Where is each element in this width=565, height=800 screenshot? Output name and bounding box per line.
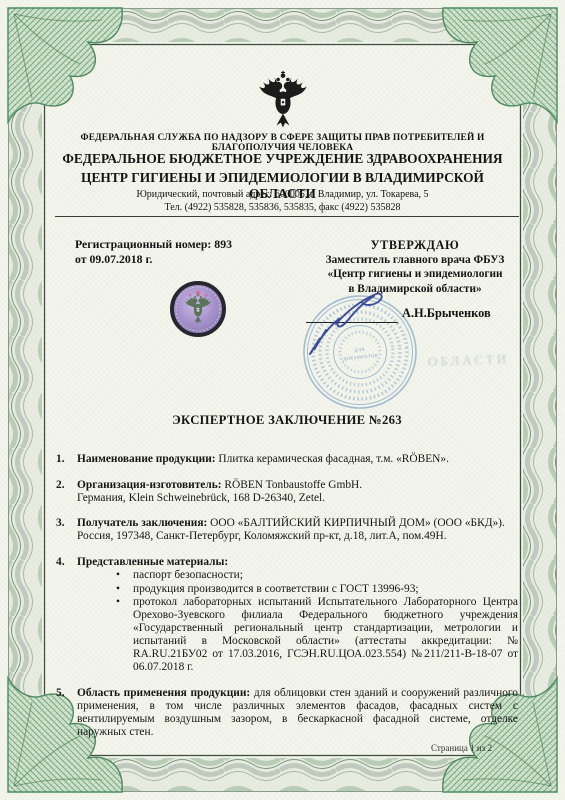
item-text: Плитка керамическая фасадная, т.м. «RÖBE…: [218, 453, 449, 465]
header-divider: [55, 216, 519, 217]
bullet-text: протокол лабораторных испытаний Испытате…: [133, 596, 518, 673]
item-number: 4.: [56, 556, 65, 569]
item-manufacturer: 2. Организация-изготовитель: RÖBEN Tonba…: [56, 479, 518, 505]
approver-title-line1: Заместитель главного врача ФБУЗ: [292, 253, 538, 268]
item-materials: 4. Представленные материалы: • паспорт б…: [56, 556, 518, 675]
item-label: Наименование продукции:: [77, 453, 216, 465]
organization-name-line1: ФЕДЕРАЛЬНОЕ БЮДЖЕТНОЕ УЧРЕЖДЕНИЕ ЗДРАВОО…: [46, 151, 519, 167]
signature-ink: [290, 272, 400, 362]
federal-service-line: ФЕДЕРАЛЬНАЯ СЛУЖБА ПО НАДЗОРУ В СФЕРЕ ЗА…: [46, 133, 519, 153]
materials-bullet-list: • паспорт безопасности; • продукция прои…: [77, 569, 518, 674]
organization-address: Юридический, почтовый адрес: 600005, г. …: [46, 189, 519, 200]
bullet-marker: •: [116, 583, 120, 596]
bullet-marker: •: [116, 596, 120, 609]
item-text: ООО «БАЛТИЙСКИЙ КИРПИЧНЫЙ ДОМ» (ООО «БКД…: [210, 517, 505, 529]
document-title: ЭКСПЕРТНОЕ ЗАКЛЮЧЕНИЕ №263: [56, 414, 518, 427]
bullet-marker: •: [116, 569, 120, 582]
item-product-name: 1. Наименование продукции: Плитка керами…: [56, 453, 518, 466]
signer-name: А.Н.Брыченков: [402, 306, 491, 321]
document-page: ФЕДЕРАЛЬНАЯ СЛУЖБА ПО НАДЗОРУ В СФЕРЕ ЗА…: [0, 0, 565, 800]
bullet-text: паспорт безопасности;: [133, 569, 243, 581]
coat-of-arms-russia-icon: [256, 70, 310, 130]
bullet-text: продукция производится в соответствии с …: [133, 583, 419, 595]
item-recipient: 3. Получатель заключения: ООО «БАЛТИЙСКИ…: [56, 517, 518, 543]
item-text-line2: Германия, Klein Schweinebrück, 168 D-263…: [77, 492, 518, 505]
document-body: ЭКСПЕРТНОЕ ЗАКЛЮЧЕНИЕ №263 1. Наименован…: [56, 414, 518, 751]
item-application-area: 5. Область применения продукции: для обл…: [56, 687, 518, 739]
item-number: 2.: [56, 479, 65, 492]
registration-number: Регистрационный номер: 893: [75, 237, 232, 252]
bullet-item: • продукция производится в соответствии …: [77, 583, 518, 596]
page-number-label: Страница 1 из 2: [431, 743, 492, 753]
item-number: 3.: [56, 517, 65, 530]
item-label: Область применения продукции:: [77, 687, 250, 699]
item-label: Организация-изготовитель:: [77, 479, 222, 491]
approve-label: УТВЕРЖДАЮ: [292, 238, 538, 253]
bullet-item: • протокол лабораторных испытаний Испыта…: [77, 596, 518, 674]
item-number: 5.: [56, 687, 65, 700]
organization-phones: Тел. (4922) 535828, 535836, 535835, факс…: [46, 202, 519, 213]
hologram-sticker: [170, 281, 226, 337]
registration-date: от 09.07.2018 г.: [75, 252, 232, 267]
item-text: RÖBEN Tonbaustoffe GmbH.: [224, 479, 362, 491]
item-label: Представленные материалы:: [77, 556, 228, 568]
item-text-line2: Россия, 197348, Санкт-Петербург, Коломяж…: [77, 530, 518, 543]
item-number: 1.: [56, 453, 65, 466]
bullet-item: • паспорт безопасности;: [77, 569, 518, 582]
item-label: Получатель заключения:: [77, 517, 207, 529]
registration-block: Регистрационный номер: 893 от 09.07.2018…: [75, 237, 232, 267]
